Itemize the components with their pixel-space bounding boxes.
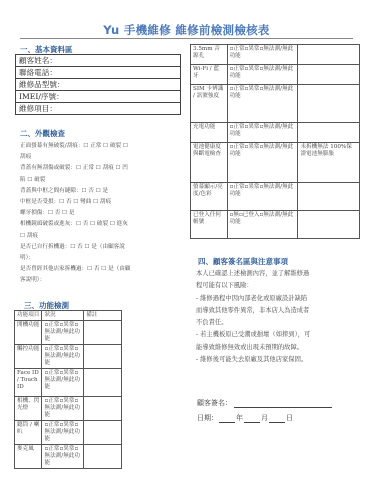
day-blank[interactable]: [269, 415, 285, 423]
field-model[interactable]: 維修品型號：: [16, 79, 181, 91]
row-note[interactable]: [298, 65, 360, 85]
month-blank[interactable]: [244, 415, 260, 423]
table-row: 螢幕顯示/亮度/色彩 ▫正常▫異常▫無法測/無此功能: [191, 183, 360, 211]
notes-block: 本人已確認上述檢測內容，並了解維修過 程可能有以下風險： - 維修過程中因內部老…: [196, 268, 358, 366]
exterior-line[interactable]: 背蓋與中框之間有縫隙：☐ 否 ☐ 是: [20, 186, 178, 197]
table-row: 麥克風 ▫正常▫異常▫無法測/無此功能: [15, 445, 122, 469]
row-status[interactable]: ▫正常▫異常▫無法測/無此功能: [227, 123, 298, 143]
title-divider: [20, 38, 353, 39]
row-note[interactable]: [84, 445, 122, 469]
row-note[interactable]: [84, 421, 122, 445]
row-status[interactable]: ▫正常▫異常▫無法測/無此功能: [42, 321, 84, 345]
function-table-right: 3.5mm 音源孔 ▫正常▫異常▫無法測/無此功能 Wi-Fi / 藍牙 ▫正常…: [190, 44, 360, 239]
row-note[interactable]: [84, 369, 122, 397]
field-phone[interactable]: 聯絡電話：: [16, 67, 181, 79]
signature-label: 顧客簽名：: [197, 399, 232, 407]
row-note[interactable]: [298, 211, 360, 239]
row-item: 聽筒 / 喇叭: [15, 421, 42, 445]
field-imei[interactable]: IMEI/序號：: [16, 91, 181, 103]
exterior-line[interactable]: 是否曾經其他店家拆機過：☐ 否 ☐ 是（由顧: [20, 264, 178, 275]
header-item: 功能項目: [15, 311, 42, 321]
month-label: 月: [261, 414, 268, 422]
row-note[interactable]: [298, 45, 360, 65]
note-line: 本人已確認上述檢測內容，並了解維修過: [196, 268, 358, 280]
table-row: 聽筒 / 喇叭 ▫正常▫異常▫無法測/無此功能: [15, 421, 122, 445]
table-header-row: 功能項目 狀況 備註: [15, 311, 122, 321]
row-status[interactable]: ▫正常▫異常▫無法測/無此功能: [42, 397, 84, 421]
row-note[interactable]: 未拆機無法 100%保證電池無膨脹: [298, 143, 360, 183]
row-item: Wi-Fi / 藍牙: [191, 65, 228, 85]
row-item: 開機功能: [15, 321, 42, 345]
note-line: - 若主機板原已受潮或損壞（如摔到），可: [196, 329, 358, 341]
row-status[interactable]: ▫正常▫異常▫無法測/無此功能: [227, 45, 298, 65]
day-label: 日: [286, 414, 293, 422]
table-row: Face ID / Touch ID ▫正常▫異常▫無法測/無此功能: [15, 369, 122, 397]
signature-blank[interactable]: [234, 399, 332, 408]
row-note[interactable]: [298, 85, 360, 123]
row-item: 觸控功能: [15, 345, 42, 369]
year-label: 年: [236, 414, 243, 422]
note-line: 不負責任。: [196, 317, 358, 329]
row-note[interactable]: [84, 345, 122, 369]
date-label: 日期：: [197, 414, 218, 422]
exterior-line[interactable]: ☐ 刮痕: [20, 231, 178, 242]
table-row: 充電功能 ▫正常▫異常▫無法測/無此功能: [191, 123, 360, 143]
row-item: 相機、閃光燈: [15, 397, 42, 421]
section-signature-heading: 四、顧客簽名區與注意事項: [198, 256, 288, 267]
note-line: 程可能有以下風險：: [196, 280, 358, 292]
row-status[interactable]: ▫正常▫異常▫無法測/無此功能: [227, 65, 298, 85]
exterior-line[interactable]: 背蓋有無刮傷或破裂：☐ 正常 ☐ 刮痕 ☐ 凹: [20, 163, 178, 174]
table-row: SIM 卡辨識 / 訊號強度 ▫正常▫異常▫無法測/無此功能: [191, 85, 360, 123]
row-status[interactable]: ▫無▫已登入▫無法測/無此功能: [227, 211, 298, 239]
row-note[interactable]: [84, 397, 122, 421]
row-status[interactable]: ▫正常▫異常▫無法測/無此功能: [227, 183, 298, 211]
exterior-line[interactable]: 是否已自行拆機過：☐ 否 ☐ 是（由顧客說: [20, 242, 178, 253]
table-row: 相機、閃光燈 ▫正常▫異常▫無法測/無此功能: [15, 397, 122, 421]
table-row: 觸控功能 ▫正常▫異常▫無法測/無此功能: [15, 345, 122, 369]
date-field: 日期：年月日: [197, 413, 293, 423]
exterior-checklist: 正面螢幕有無破裂/刮痕：☐ 正常 ☐ 破裂 ☐ 刮痕 背蓋有無刮傷或破裂：☐ 正…: [20, 141, 178, 287]
exterior-line[interactable]: 螺牙損傷：☐ 否 ☐ 是: [20, 208, 178, 219]
exterior-line[interactable]: 客說明）：: [20, 275, 178, 286]
function-table-left: 功能項目 狀況 備註 開機功能 ▫正常▫異常▫無法測/無此功能 觸控功能 ▫正常…: [14, 310, 122, 469]
row-status[interactable]: ▫正常▫異常▫無法測/無此功能: [42, 345, 84, 369]
exterior-line[interactable]: 明）：: [20, 253, 178, 264]
table-row: 電池健康度與斷電檢查 ▫正常▫異常▫無法測/無此功能 未拆機無法 100%保證電…: [191, 143, 360, 183]
row-status[interactable]: ▫正常▫異常▫無法測/無此功能: [42, 445, 84, 469]
row-note[interactable]: [84, 321, 122, 345]
row-item: Face ID / Touch ID: [15, 369, 42, 397]
row-item: SIM 卡辨識 / 訊號強度: [191, 85, 228, 123]
table-row: 開機功能 ▫正常▫異常▫無法測/無此功能: [15, 321, 122, 345]
row-status[interactable]: ▫正常▫異常▫無法測/無此功能: [42, 369, 84, 397]
table-row: 3.5mm 音源孔 ▫正常▫異常▫無法測/無此功能: [191, 45, 360, 65]
row-item: 電池健康度與斷電檢查: [191, 143, 228, 183]
row-item: 螢幕顯示/亮度/色彩: [191, 183, 228, 211]
table-row: 已登入任何帳號 ▫無▫已登入▫無法測/無此功能: [191, 211, 360, 239]
row-item: 麥克風: [15, 445, 42, 469]
row-item: 已登入任何帳號: [191, 211, 228, 239]
row-status[interactable]: ▫正常▫異常▫無法測/無此功能: [42, 421, 84, 445]
field-customer-name[interactable]: 顧客姓名：: [16, 55, 181, 67]
row-note[interactable]: [298, 123, 360, 143]
row-note[interactable]: [298, 183, 360, 211]
field-repair-item[interactable]: 維修項目：: [16, 103, 181, 115]
page-title: Yu 手機維修 維修前檢測檢核表: [0, 22, 373, 38]
signature-field: 顧客簽名：: [197, 398, 332, 408]
exterior-line[interactable]: 刮痕: [20, 152, 178, 163]
exterior-line[interactable]: 中框是否受損：☐ 否 ☐ 彎曲 ☐ 刮痕: [20, 197, 178, 208]
exterior-line[interactable]: 相機鏡頭破裂或進灰：☐ 否 ☐ 破裂 ☐ 進灰: [20, 219, 178, 230]
header-note: 備註: [84, 311, 122, 321]
note-line: - 維修後可能失去原廠及其他店家保固。: [196, 354, 358, 366]
table-row: Wi-Fi / 藍牙 ▫正常▫異常▫無法測/無此功能: [191, 65, 360, 85]
row-item: 充電功能: [191, 123, 228, 143]
exterior-line[interactable]: 陷 ☐ 破裂: [20, 175, 178, 186]
row-item: 3.5mm 音源孔: [191, 45, 228, 65]
exterior-line[interactable]: 正面螢幕有無破裂/刮痕：☐ 正常 ☐ 破裂 ☐: [20, 141, 178, 152]
basic-info-table: 顧客姓名： 聯絡電話： 維修品型號： IMEI/序號： 維修項目：: [15, 54, 181, 115]
section-exterior-heading: 二、外觀檢查: [20, 128, 65, 139]
year-blank[interactable]: [219, 415, 235, 423]
note-line: - 維修過程中因內部老化或原廠設計缺陷: [196, 293, 358, 305]
header-status: 狀況: [42, 311, 84, 321]
row-status[interactable]: ▫正常▫異常▫無法測/無此功能: [227, 143, 298, 183]
note-line: 而導致其他零件異常，非本店人為造成者: [196, 305, 358, 317]
note-line: 能導致維修無效或出現未預期的故障。: [196, 342, 358, 354]
row-status[interactable]: ▫正常▫異常▫無法測/無此功能: [227, 85, 298, 123]
